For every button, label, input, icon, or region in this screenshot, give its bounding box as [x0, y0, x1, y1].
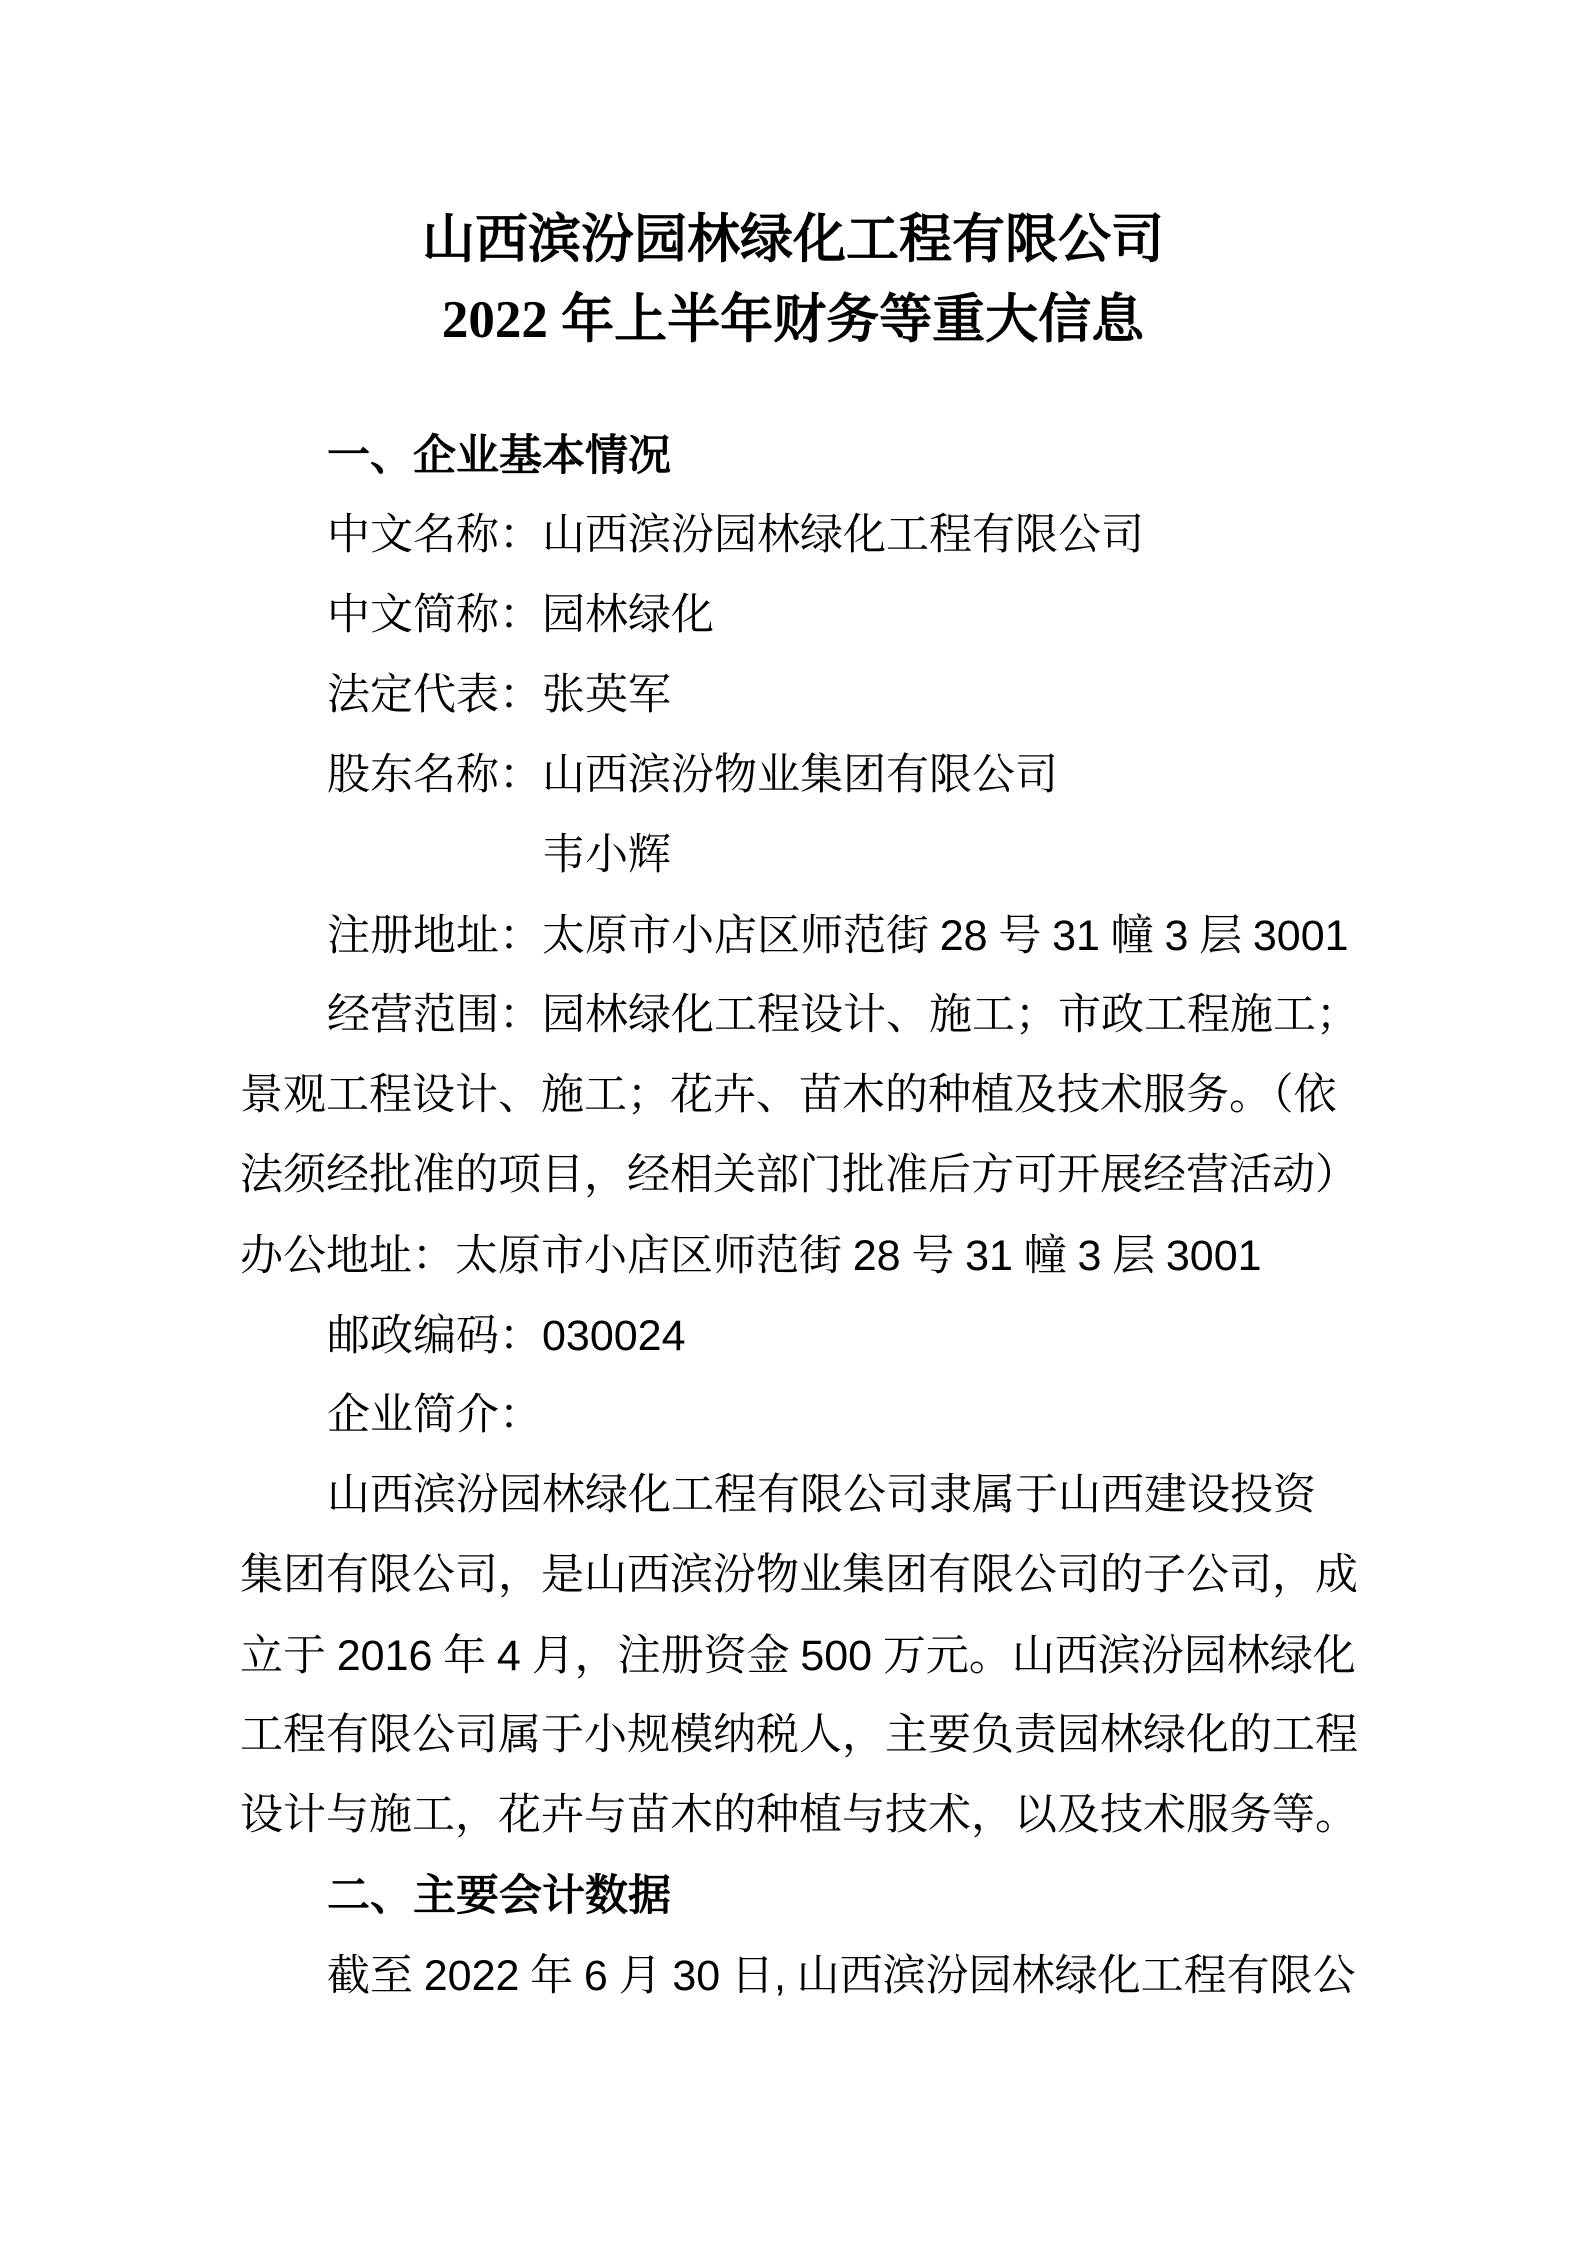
- document-body: 一、企业基本情况中文名称：山西滨汾园林绿化工程有限公司中文简称：园林绿化法定代表…: [240, 416, 1346, 2016]
- title-segment: 有限公司: [952, 209, 1164, 270]
- field-office-address: 办公地址：太原市小店区师范街 28 号 31 幢 3 层 3001: [240, 1216, 1346, 1296]
- field-business-scope-line-2: 景观工程设计、施工；花卉、苗木的种植及技术服务。（依: [240, 1056, 1346, 1136]
- field-registered-address: 注册地址：太原市小店区师范街 28 号 31 幢 3 层 3001: [240, 896, 1346, 976]
- document-title: 山西滨汾园林绿化工程有限公司2022 年上半年财务等重大信息: [240, 0, 1346, 360]
- field-business-scope-line-1: 经营范围：园林绿化工程设计、施工；市政工程施工；: [240, 976, 1346, 1056]
- field-short-name: 中文简称：园林绿化: [240, 576, 1346, 656]
- document-title-line-2: 2022 年上半年财务等重大信息: [240, 280, 1346, 360]
- field-legal-representative: 法定代表：张英军: [240, 656, 1346, 736]
- field-shareholder-name-2: 韦小辉: [240, 816, 1346, 896]
- document-title-line-1: 山西滨汾园林绿化工程有限公司: [240, 200, 1346, 280]
- field-chinese-name: 中文名称：山西滨汾园林绿化工程有限公司: [240, 496, 1346, 576]
- title-segment: 2022 年上半年财务等重大信息: [442, 291, 1144, 349]
- profile-paragraph-line-3: 立于 2016 年 4 月，注册资金 500 万元。山西滨汾园林绿化: [240, 1616, 1346, 1696]
- profile-paragraph-line-4: 工程有限公司属于小规模纳税人，主要负责园林绿化的工程: [240, 1696, 1346, 1776]
- field-shareholder-name: 股东名称：山西滨汾物业集团有限公司: [240, 736, 1346, 816]
- profile-paragraph-line-2: 集团有限公司，是山西滨汾物业集团有限公司的子公司，成: [240, 1536, 1346, 1616]
- profile-paragraph-line-1: 山西滨汾园林绿化工程有限公司隶属于山西建设投资: [240, 1456, 1346, 1536]
- field-postal-code: 邮政编码：030024: [240, 1296, 1346, 1376]
- accounting-paragraph-line-1: 截至 2022 年 6 月 30 日, 山西滨汾园林绿化工程有限公: [240, 1936, 1346, 2016]
- field-business-scope-line-3: 法须经批准的项目，经相关部门批准后方可开展经营活动）: [240, 1136, 1346, 1216]
- field-company-profile-label: 企业简介：: [240, 1376, 1346, 1456]
- title-segment: 山西滨汾园林绿化工程: [422, 211, 952, 269]
- profile-paragraph-line-5: 设计与施工，花卉与苗木的种植与技术，以及技术服务等。: [240, 1776, 1346, 1856]
- document-page: 山西滨汾园林绿化工程有限公司2022 年上半年财务等重大信息 一、企业基本情况中…: [0, 0, 1587, 2245]
- section-heading-1: 一、企业基本情况: [240, 416, 1346, 496]
- section-heading-2: 二、主要会计数据: [240, 1856, 1346, 1936]
